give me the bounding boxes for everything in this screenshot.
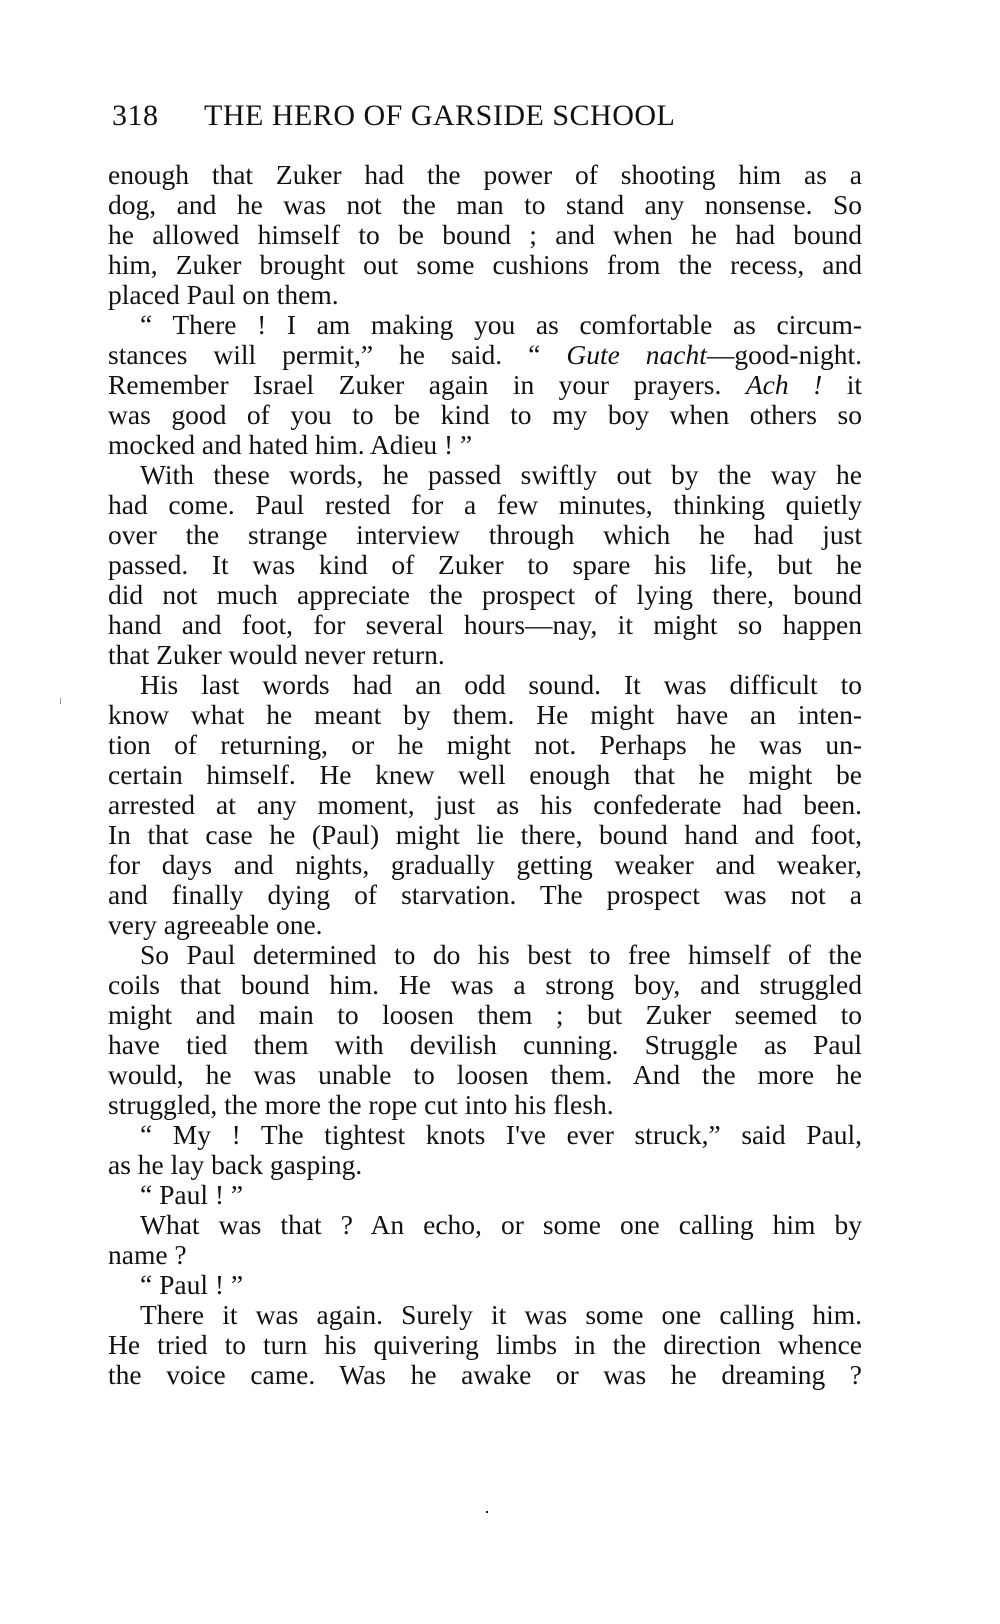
text-line: over the strange interview through which…: [108, 520, 862, 550]
text-line: dog, and he was not the man to stand any…: [108, 190, 862, 220]
text-line: certain himself. He knew well enough tha…: [108, 760, 862, 790]
text-line: was good of you to be kind to my boy whe…: [108, 400, 862, 430]
text-line: very agreeable one.: [108, 910, 862, 940]
text-line: placed Paul on them.: [108, 280, 862, 310]
text-line: In that case he (Paul) might lie there, …: [108, 820, 862, 850]
text-line: that Zuker would never return.: [108, 640, 862, 670]
text-run: it: [822, 369, 862, 400]
running-head: 318THE HERO OF GARSIDE SCHOOL: [112, 96, 872, 136]
text-line: him, Zuker brought out some cushions fro…: [108, 250, 862, 280]
scan-speck: [486, 1511, 488, 1513]
text-line: tion of returning, or he might not. Perh…: [108, 730, 862, 760]
text-line: enough that Zuker had the power of shoot…: [108, 160, 862, 190]
text-line: did not much appreciate the prospect of …: [108, 580, 862, 610]
text-line: have tied them with devilish cunning. St…: [108, 1030, 862, 1060]
text-line: he allowed himself to be bound ; and whe…: [108, 220, 862, 250]
text-line: “ Paul ! ”: [108, 1180, 862, 1210]
text-line: passed. It was kind of Zuker to spare hi…: [108, 550, 862, 580]
text-line: and finally dying of starvation. The pro…: [108, 880, 862, 910]
text-line: coils that bound him. He was a strong bo…: [108, 970, 862, 1000]
text-run: Remember Israel Zuker again in your pray…: [108, 369, 746, 400]
text-line: What was that ? An echo, or some one cal…: [108, 1210, 862, 1240]
text-line: struggled, the more the rope cut into hi…: [108, 1090, 862, 1120]
text-run: stances will permit,” he said. “: [108, 339, 566, 370]
text-line: hand and foot, for several hours—nay, it…: [108, 610, 862, 640]
italic-phrase: Gute nacht: [566, 339, 707, 370]
text-line: With these words, he passed swiftly out …: [108, 460, 862, 490]
scan-speck: [60, 698, 61, 704]
book-page: 318THE HERO OF GARSIDE SCHOOL enough tha…: [0, 0, 1000, 1624]
body-text: enough that Zuker had the power of shoot…: [108, 160, 862, 1390]
text-line: as he lay back gasping.: [108, 1150, 862, 1180]
text-line: stances will permit,” he said. “ Gute na…: [108, 340, 862, 370]
text-line: mocked and hated him. Adieu ! ”: [108, 430, 862, 460]
text-line: He tried to turn his quivering limbs in …: [108, 1330, 862, 1360]
text-run: —good-night.: [707, 339, 862, 370]
text-line: might and main to loosen them ; but Zuke…: [108, 1000, 862, 1030]
text-line: know what he meant by them. He might hav…: [108, 700, 862, 730]
text-line: “ There ! I am making you as comfortable…: [108, 310, 862, 340]
text-line: the voice came. Was he awake or was he d…: [108, 1360, 862, 1390]
text-line: His last words had an odd sound. It was …: [108, 670, 862, 700]
page-number: 318: [112, 96, 204, 136]
text-line: So Paul determined to do his best to fre…: [108, 940, 862, 970]
text-line: for days and nights, gradually getting w…: [108, 850, 862, 880]
text-line: arrested at any moment, just as his conf…: [108, 790, 862, 820]
text-line: “ Paul ! ”: [108, 1270, 862, 1300]
text-line: name ?: [108, 1240, 862, 1270]
text-line: would, he was unable to loosen them. And…: [108, 1060, 862, 1090]
text-line: Remember Israel Zuker again in your pray…: [108, 370, 862, 400]
text-line: There it was again. Surely it was some o…: [108, 1300, 862, 1330]
text-line: “ My ! The tightest knots I've ever stru…: [108, 1120, 862, 1150]
text-line: had come. Paul rested for a few minutes,…: [108, 490, 862, 520]
book-title: THE HERO OF GARSIDE SCHOOL: [204, 96, 675, 136]
italic-phrase: Ach !: [746, 369, 822, 400]
